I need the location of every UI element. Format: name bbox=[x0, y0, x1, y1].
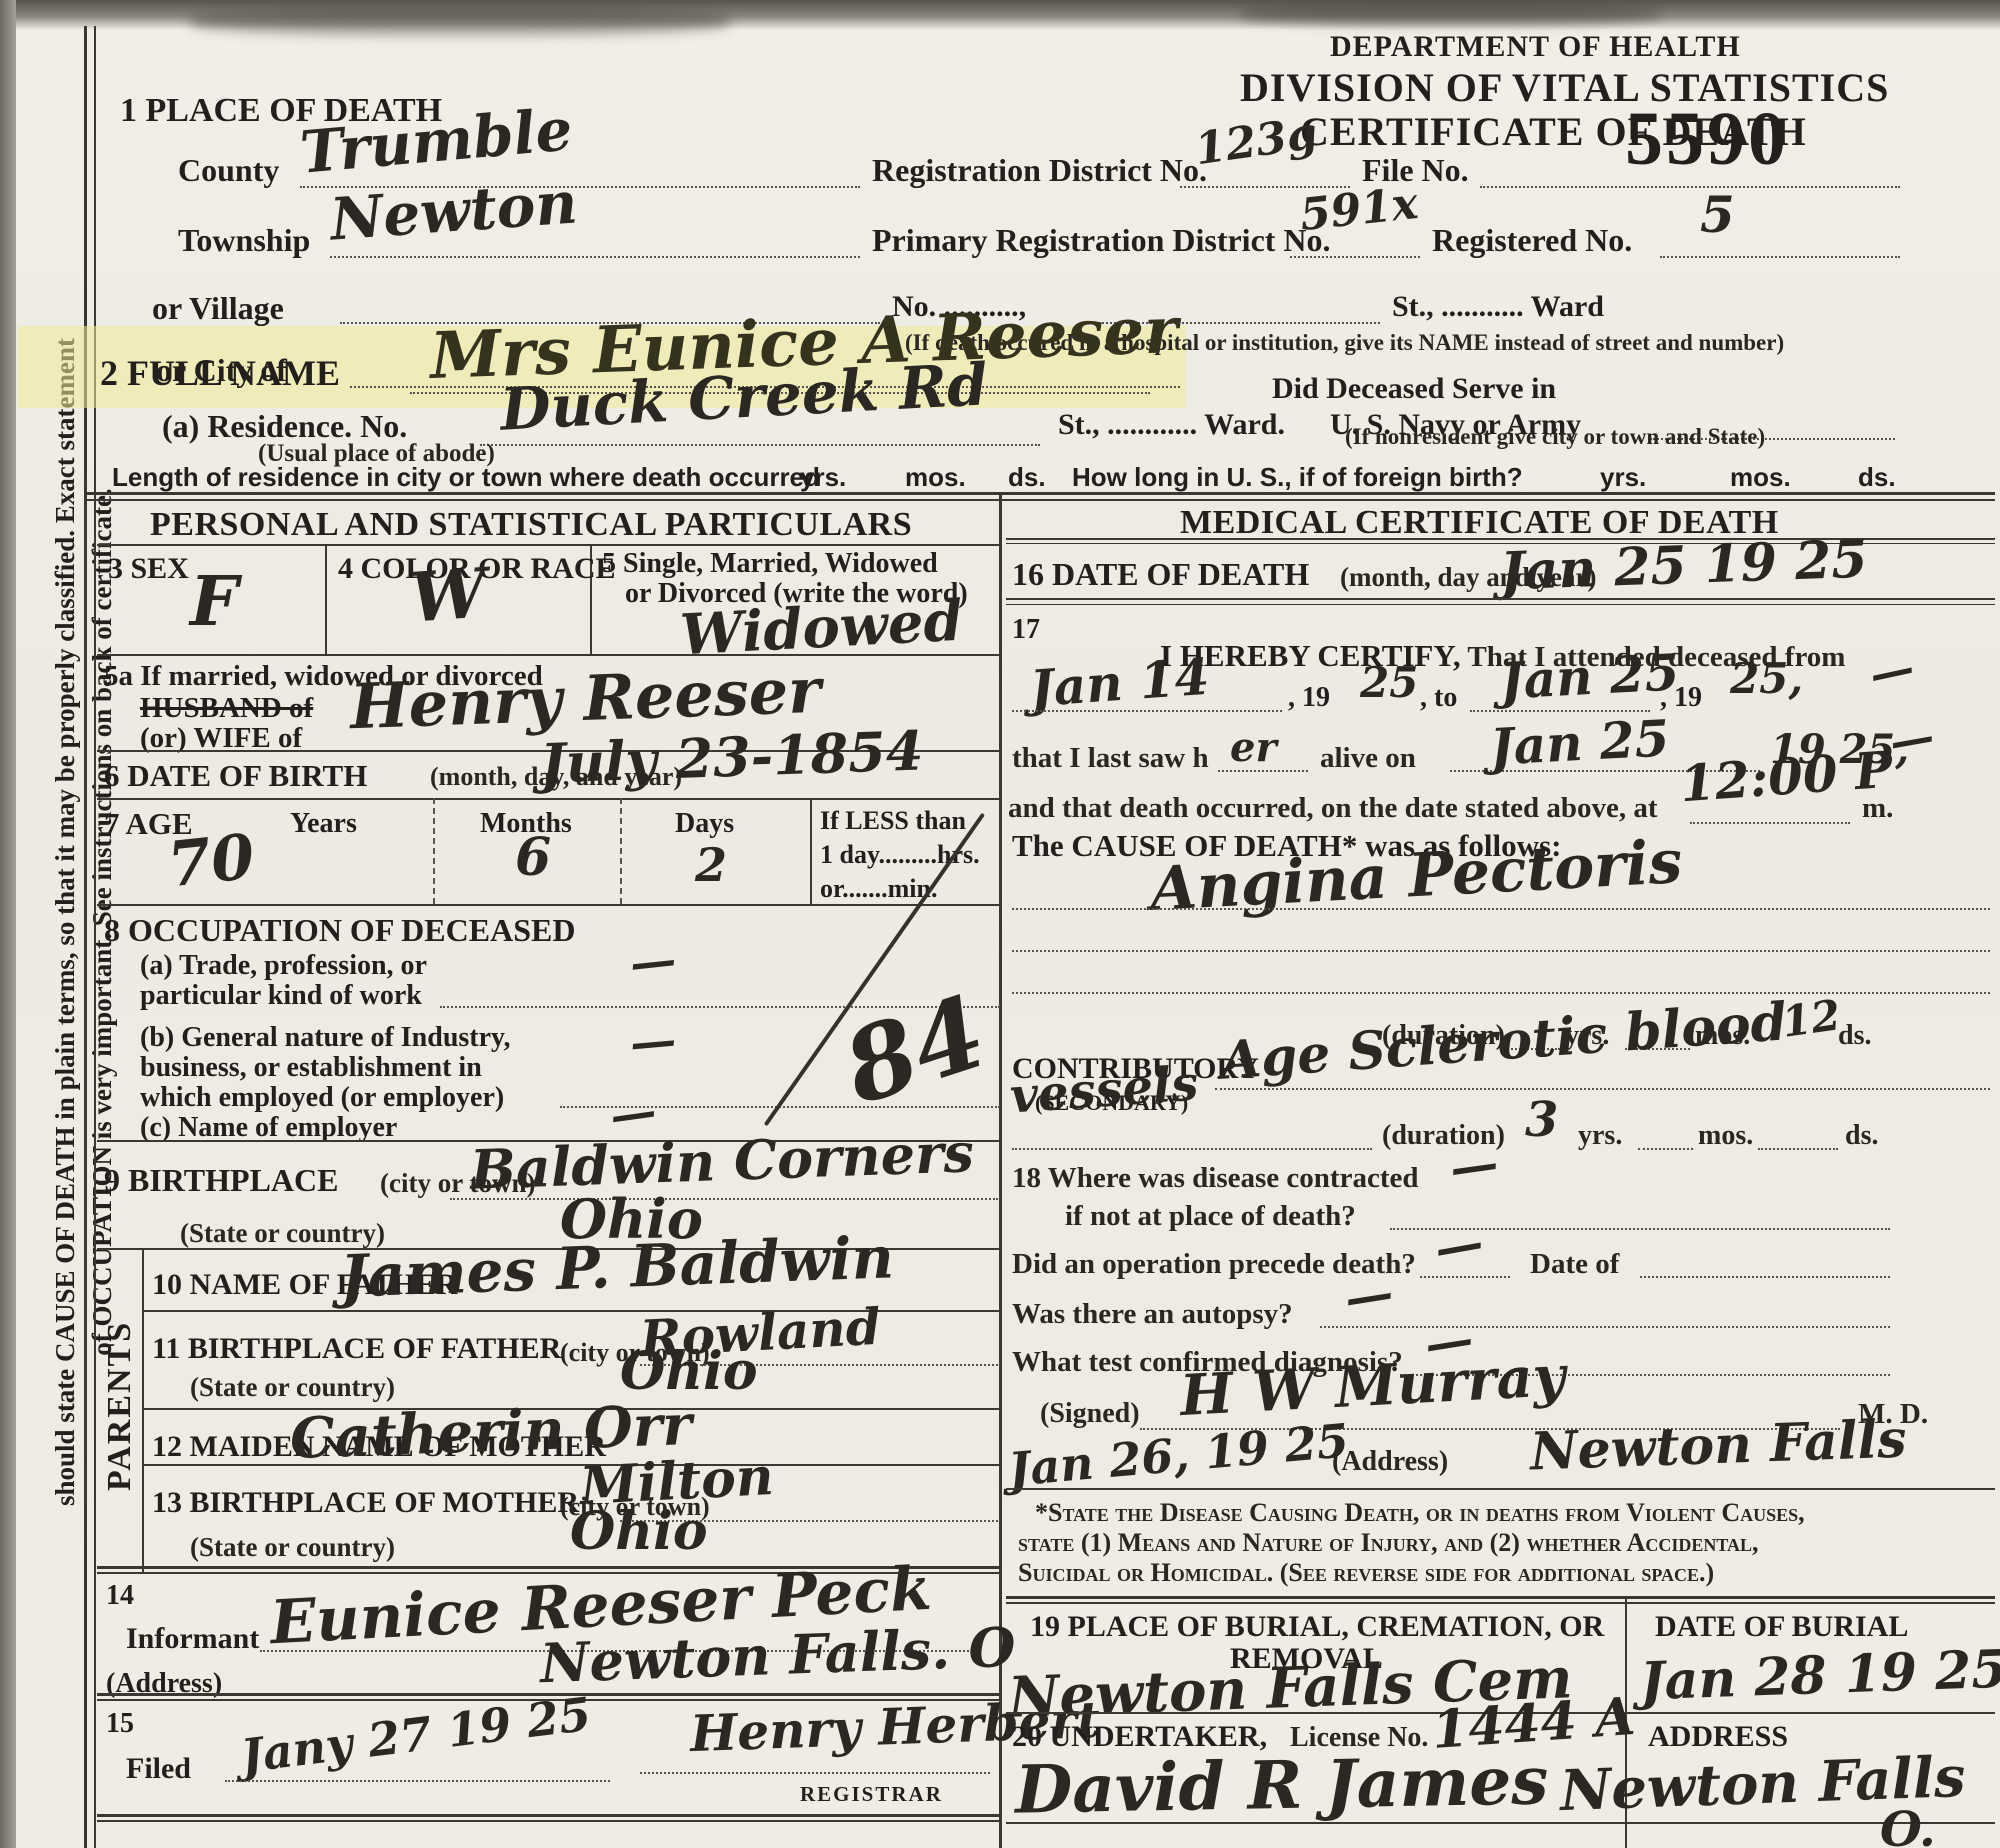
length-ds: ds. bbox=[1008, 462, 1046, 493]
dotted-leader bbox=[330, 256, 860, 258]
stray-dash: — bbox=[1866, 646, 1918, 698]
marital-value: Widowed bbox=[679, 593, 964, 664]
rule bbox=[1006, 1596, 1995, 1599]
parents-divider bbox=[142, 1248, 144, 1572]
dotted-leader bbox=[640, 1772, 990, 1774]
burial-place-label-1: 19 PLACE OF BURIAL, CREMATION, OR bbox=[1030, 1610, 1604, 1644]
q18-line-1: 18 Where was disease contracted bbox=[1012, 1162, 1418, 1195]
header-division: DIVISION OF VITAL STATISTICS bbox=[1240, 64, 1889, 111]
father-birthplace-label: 11 BIRTHPLACE OF FATHER bbox=[152, 1332, 561, 1366]
dotted-leader bbox=[1660, 256, 1900, 258]
scan-smudge bbox=[190, 8, 730, 34]
registered-no-label: Registered No. bbox=[1432, 222, 1632, 259]
occupation-a-label-1: (a) Trade, profession, or bbox=[140, 950, 427, 982]
q18-line-2: if not at place of death? bbox=[1065, 1200, 1356, 1233]
sex-value: F bbox=[190, 568, 238, 636]
howlong-mos: mos. bbox=[1730, 462, 1791, 493]
autopsy-mark: — bbox=[1342, 1269, 1397, 1324]
occupation-b-label-2: business, or establishment in bbox=[140, 1052, 482, 1084]
rule bbox=[97, 544, 999, 546]
age-years-value: 70 bbox=[165, 826, 257, 897]
husband-of-label: HUSBAND of bbox=[140, 692, 313, 725]
rule bbox=[97, 654, 999, 656]
signed-label: (Signed) bbox=[1040, 1398, 1140, 1430]
occupation-b-mark: — bbox=[628, 1016, 678, 1066]
dotted-leader bbox=[1012, 992, 1990, 994]
footnote-line-2: state (1) Means and Nature of Injury, an… bbox=[1018, 1528, 1759, 1558]
death-occurred-line: and that death occurred, on the date sta… bbox=[1008, 792, 1658, 825]
rule bbox=[1006, 1488, 1995, 1490]
personal-title: PERSONAL AND STATISTICAL PARTICULARS bbox=[150, 506, 912, 544]
burial-date-value: Jan 28 19 25 bbox=[1639, 1644, 2000, 1709]
duration2-yrs: yrs. bbox=[1578, 1120, 1622, 1152]
footnote-line-1: *State the Disease Causing Death, or in … bbox=[1035, 1498, 1805, 1528]
st-ward-label: St., ........... Ward bbox=[1392, 290, 1604, 324]
primary-registration-value: 591x bbox=[1298, 182, 1420, 238]
dotted-leader bbox=[1012, 908, 1990, 910]
mother-state-note: (State or country) bbox=[190, 1532, 395, 1563]
residence-st-ward-label: St., ............ Ward. bbox=[1058, 408, 1285, 442]
dotted-leader bbox=[1420, 1276, 1510, 1278]
q18-mark: — bbox=[1447, 1139, 1501, 1193]
dotted-leader bbox=[450, 1198, 998, 1200]
father-state-value: Ohio bbox=[620, 1346, 758, 1398]
last-saw-line-2: alive on bbox=[1320, 742, 1416, 775]
operation-date-label: Date of bbox=[1530, 1248, 1619, 1281]
occupation-label: 8 OCCUPATION OF DECEASED bbox=[104, 912, 575, 949]
last-saw-date: Jan 25 bbox=[1489, 713, 1671, 772]
if-less-label-1: If LESS than bbox=[820, 806, 966, 836]
nonresident-note: (If nonresident give city or town and St… bbox=[1345, 424, 1765, 450]
length-yrs: yrs. bbox=[800, 462, 846, 493]
duration1-ds: ds. bbox=[1838, 1020, 1871, 1052]
county-label: County bbox=[178, 152, 279, 189]
section-divider bbox=[84, 499, 1995, 501]
cell-divider bbox=[325, 544, 327, 654]
village-label: or Village bbox=[152, 290, 284, 327]
duration2-mos: mos. bbox=[1698, 1120, 1753, 1152]
undertaker-address-value-2: O. bbox=[1880, 1806, 1936, 1848]
date-of-death-label: 16 DATE OF DEATH bbox=[1012, 556, 1309, 593]
date-of-death-value: Jan 25 19 25 bbox=[1499, 534, 1868, 599]
form-border bbox=[84, 26, 87, 1848]
dotted-leader bbox=[1690, 822, 1850, 824]
rule bbox=[1006, 1602, 1995, 1604]
informant-label: Informant bbox=[126, 1622, 259, 1656]
undertaker-address-label: ADDRESS bbox=[1648, 1720, 1788, 1754]
dob-value: July 23-1854 bbox=[539, 723, 924, 790]
rule bbox=[1006, 604, 1995, 605]
occupation-b-label-1: (b) General nature of Industry, bbox=[140, 1022, 511, 1054]
fullname-label: 2 FULL NAME bbox=[100, 352, 340, 394]
parents-label: PARENTS bbox=[101, 1331, 139, 1491]
age-days-label: Days bbox=[675, 808, 734, 840]
duration2-ds: ds. bbox=[1845, 1120, 1878, 1152]
race-value: W bbox=[408, 559, 489, 632]
age-days-value: 2 bbox=[695, 842, 727, 888]
last-saw-line-1: that I last saw h bbox=[1012, 742, 1209, 775]
dotted-leader bbox=[1215, 1088, 1990, 1090]
duration1-ds-value: 12 bbox=[1779, 994, 1843, 1044]
dotted-leader bbox=[1758, 1148, 1838, 1150]
cell-divider-dashed bbox=[620, 798, 622, 904]
dotted-leader bbox=[1012, 1148, 1372, 1150]
howlong-ds: ds. bbox=[1858, 462, 1896, 493]
to-label: , to bbox=[1420, 682, 1457, 714]
attended-from-year: 25 bbox=[1360, 662, 1418, 704]
rule bbox=[1006, 598, 1995, 600]
occupation-a-mark: — bbox=[628, 936, 679, 987]
filed-label: Filed bbox=[126, 1752, 191, 1786]
dotted-leader bbox=[480, 444, 1040, 446]
dotted-leader bbox=[1290, 256, 1420, 258]
dotted-leader bbox=[1480, 186, 1900, 188]
occupation-a-label-2: particular kind of work bbox=[140, 980, 422, 1012]
father-value: James P. Baldwin bbox=[339, 1228, 895, 1305]
occupation-b-label-3: which employed (or employer) bbox=[140, 1082, 504, 1114]
item14-number: 14 bbox=[106, 1580, 134, 1612]
township-value: Newton bbox=[328, 173, 579, 248]
rule bbox=[97, 798, 999, 800]
rule bbox=[1006, 1822, 1995, 1824]
dotted-leader bbox=[1638, 1148, 1693, 1150]
primary-registration-label: Primary Registration District No. bbox=[872, 222, 1331, 259]
undertaker-value: David R James bbox=[1014, 1747, 1548, 1822]
cell-divider-dashed bbox=[433, 798, 435, 904]
duration2-yrs-value: 3 bbox=[1525, 1096, 1558, 1144]
last-saw-er: er bbox=[1230, 728, 1277, 768]
dotted-leader bbox=[1640, 1276, 1890, 1278]
age-months-value: 6 bbox=[515, 832, 551, 884]
registration-district-label: Registration District No. bbox=[872, 152, 1207, 189]
attended-to-year: 25, bbox=[1730, 658, 1803, 700]
sex-label: 3 SEX bbox=[108, 552, 189, 586]
registrar-label: REGISTRAR bbox=[800, 1782, 943, 1807]
navy-label-1: Did Deceased Serve in bbox=[1272, 372, 1556, 406]
dotted-leader bbox=[1012, 710, 1282, 712]
length-mos: mos. bbox=[905, 462, 966, 493]
item17-number: 17 bbox=[1012, 614, 1040, 646]
age-years-label: Years bbox=[290, 808, 357, 840]
rule bbox=[97, 1814, 999, 1817]
dotted-leader bbox=[1012, 950, 1990, 952]
stray-dash: — bbox=[1887, 715, 1938, 766]
howlong-yrs: yrs. bbox=[1600, 462, 1646, 493]
form-border bbox=[94, 26, 96, 1848]
father-state-note: (State or country) bbox=[190, 1372, 395, 1403]
rule bbox=[97, 904, 999, 906]
dotted-leader bbox=[1320, 1326, 1890, 1328]
operation-mark: — bbox=[1431, 1218, 1487, 1274]
township-label: Township bbox=[178, 222, 310, 259]
cell-divider bbox=[810, 798, 812, 904]
file-no-value: 5590 bbox=[1625, 96, 1789, 183]
scan-left-edge bbox=[0, 0, 16, 1848]
dotted-leader bbox=[225, 1780, 610, 1782]
informant-address-value: Newton Falls. O bbox=[539, 1620, 1016, 1691]
scan-smudge bbox=[1240, 2, 1660, 24]
signature-address-label: (Address) bbox=[1332, 1446, 1448, 1478]
rule bbox=[97, 1820, 999, 1822]
length-residence-label: Length of residence in city or town wher… bbox=[112, 462, 820, 493]
signature-address-value: Newton Falls bbox=[1529, 1413, 1907, 1478]
section-divider bbox=[84, 492, 1995, 495]
m-label: m. bbox=[1862, 792, 1893, 825]
year-prefix-1: , 19 bbox=[1288, 682, 1330, 714]
contributory-value-2: vessels bbox=[1009, 1059, 1200, 1120]
registered-no-value: 5 bbox=[1700, 190, 1735, 240]
birthplace-value: Baldwin Corners bbox=[469, 1125, 974, 1197]
mother-state-value: Ohio bbox=[570, 1506, 708, 1558]
marital-label-1: 5 Single, Married, Widowed bbox=[602, 548, 938, 580]
date-of-burial-label: DATE OF BURIAL bbox=[1655, 1610, 1908, 1644]
mother-birthplace-label: 13 BIRTHPLACE OF MOTHER bbox=[152, 1486, 579, 1520]
howlong-label: How long in U. S., if of foreign birth? bbox=[1072, 462, 1523, 493]
dob-label: 6 DATE OF BIRTH bbox=[104, 758, 367, 794]
header-department: DEPARTMENT OF HEALTH bbox=[1330, 30, 1741, 64]
autopsy-question: Was there an autopsy? bbox=[1012, 1298, 1293, 1331]
death-certificate-scan: { "colors":{"paper":"#efece5","ink":"#22… bbox=[0, 0, 2000, 1848]
rule bbox=[142, 1464, 999, 1466]
birthplace-label: 9 BIRTHPLACE bbox=[104, 1162, 338, 1199]
attended-to-date: Jan 25 bbox=[1499, 647, 1681, 706]
attended-from-date: Jan 14 bbox=[1028, 652, 1210, 714]
dotted-leader bbox=[1218, 770, 1308, 772]
item15-number: 15 bbox=[106, 1708, 134, 1740]
footnote-line-3: Suicidal or Homicidal. (See reverse side… bbox=[1018, 1558, 1714, 1588]
